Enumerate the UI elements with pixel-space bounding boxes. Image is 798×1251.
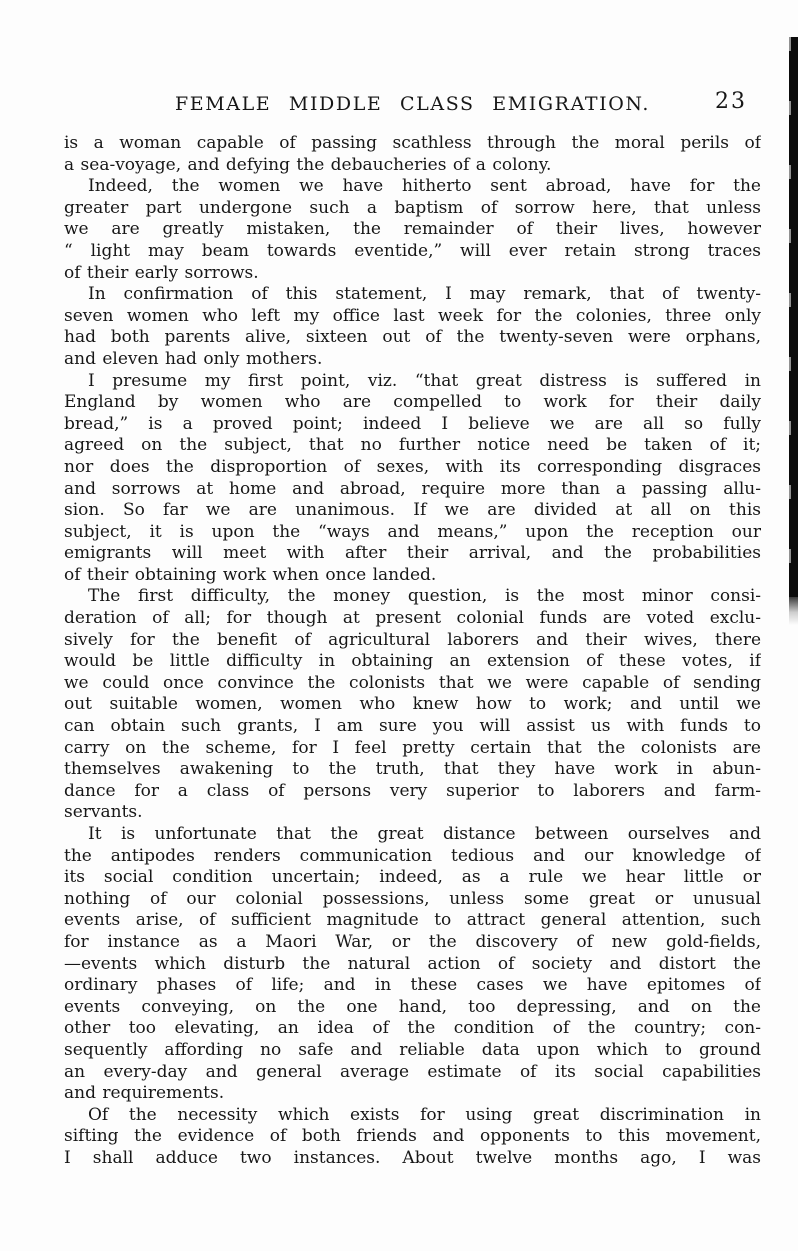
text-line: of their early sorrows. bbox=[64, 263, 761, 285]
text-line: sion. So far we are unanimous. If we are… bbox=[64, 500, 761, 522]
paragraph: Indeed, the women we have hitherto sent … bbox=[64, 176, 761, 284]
text-line: servants. bbox=[64, 802, 761, 824]
scanned-page: FEMALE MIDDLE CLASS EMIGRATION. 23 is a … bbox=[0, 0, 798, 1251]
text-line: its social condition uncertain; indeed, … bbox=[64, 867, 761, 889]
paragraph: The first difficulty, the money question… bbox=[64, 586, 761, 824]
text-line: nor does the disproportion of sexes, wit… bbox=[64, 457, 761, 479]
text-line: subject, it is upon the “ways and means,… bbox=[64, 522, 761, 544]
text-line: nothing of our colonial possessions, unl… bbox=[64, 889, 761, 911]
scan-artifact-bar bbox=[789, 37, 798, 597]
text-line: a sea-voyage, and defying the debaucheri… bbox=[64, 155, 761, 177]
text-line: greater part undergone such a baptism of… bbox=[64, 198, 761, 220]
text-line: The first difficulty, the money question… bbox=[64, 586, 761, 608]
text-line: Of the necessity which exists for using … bbox=[64, 1105, 761, 1127]
text-line: sequently affording no safe and reliable… bbox=[64, 1040, 761, 1062]
running-title: FEMALE MIDDLE CLASS EMIGRATION. bbox=[175, 93, 650, 115]
text-line: other too elevating, an idea of the cond… bbox=[64, 1018, 761, 1040]
text-line: we are greatly mistaken, the remainder o… bbox=[64, 219, 761, 241]
text-line: “ light may beam towards eventide,” will… bbox=[64, 241, 761, 263]
text-line: events conveying, on the one hand, too d… bbox=[64, 997, 761, 1019]
text-line: and eleven had only mothers. bbox=[64, 349, 761, 371]
text-line: themselves awakening to the truth, that … bbox=[64, 759, 761, 781]
text-line: agreed on the subject, that no further n… bbox=[64, 435, 761, 457]
text-line: Indeed, the women we have hitherto sent … bbox=[64, 176, 761, 198]
text-line: of their obtaining work when once landed… bbox=[64, 565, 761, 587]
text-line: bread,” is a proved point; indeed I beli… bbox=[64, 414, 761, 436]
text-line: deration of all; for though at present c… bbox=[64, 608, 761, 630]
page-number: 23 bbox=[715, 89, 747, 114]
text-line: sifting the evidence of both friends and… bbox=[64, 1126, 761, 1148]
text-line: I shall adduce two instances. About twel… bbox=[64, 1148, 761, 1170]
text-line: ordinary phases of life; and in these ca… bbox=[64, 975, 761, 997]
text-line: I presume my first point, viz. “that gre… bbox=[64, 371, 761, 393]
page-header: FEMALE MIDDLE CLASS EMIGRATION. 23 bbox=[64, 93, 761, 115]
text-line: events arise, of sufficient magnitude to… bbox=[64, 910, 761, 932]
paragraph: In confirmation of this statement, I may… bbox=[64, 284, 761, 370]
text-line: England by women who are compelled to wo… bbox=[64, 392, 761, 414]
paragraph: is a woman capable of passing scathless … bbox=[64, 133, 761, 176]
text-line: for instance as a Maori War, or the disc… bbox=[64, 932, 761, 954]
text-line: It is unfortunate that the great distanc… bbox=[64, 824, 761, 846]
text-line: can obtain such grants, I am sure you wi… bbox=[64, 716, 761, 738]
text-line: the antipodes renders communication tedi… bbox=[64, 846, 761, 868]
text-line: had both parents alive, sixteen out of t… bbox=[64, 327, 761, 349]
text-line: we could once convince the colonists tha… bbox=[64, 673, 761, 695]
text-line: out suitable women, women who knew how t… bbox=[64, 694, 761, 716]
text-line: and sorrows at home and abroad, require … bbox=[64, 479, 761, 501]
text-line: is a woman capable of passing scathless … bbox=[64, 133, 761, 155]
page-body: is a woman capable of passing scathless … bbox=[64, 133, 761, 1170]
text-line: would be little difficulty in obtaining … bbox=[64, 651, 761, 673]
text-line: an every-day and general average estimat… bbox=[64, 1062, 761, 1084]
paragraph: Of the necessity which exists for using … bbox=[64, 1105, 761, 1170]
text-line: carry on the scheme, for I feel pretty c… bbox=[64, 738, 761, 760]
text-line: seven women who left my office last week… bbox=[64, 306, 761, 328]
text-line: sively for the benefit of agricultural l… bbox=[64, 630, 761, 652]
text-line: In confirmation of this statement, I may… bbox=[64, 284, 761, 306]
text-line: and requirements. bbox=[64, 1083, 761, 1105]
paragraph: It is unfortunate that the great distanc… bbox=[64, 824, 761, 1105]
text-line: dance for a class of persons very superi… bbox=[64, 781, 761, 803]
text-line: emigrants will meet with after their arr… bbox=[64, 543, 761, 565]
text-line: —events which disturb the natural action… bbox=[64, 954, 761, 976]
paragraph: I presume my first point, viz. “that gre… bbox=[64, 371, 761, 587]
